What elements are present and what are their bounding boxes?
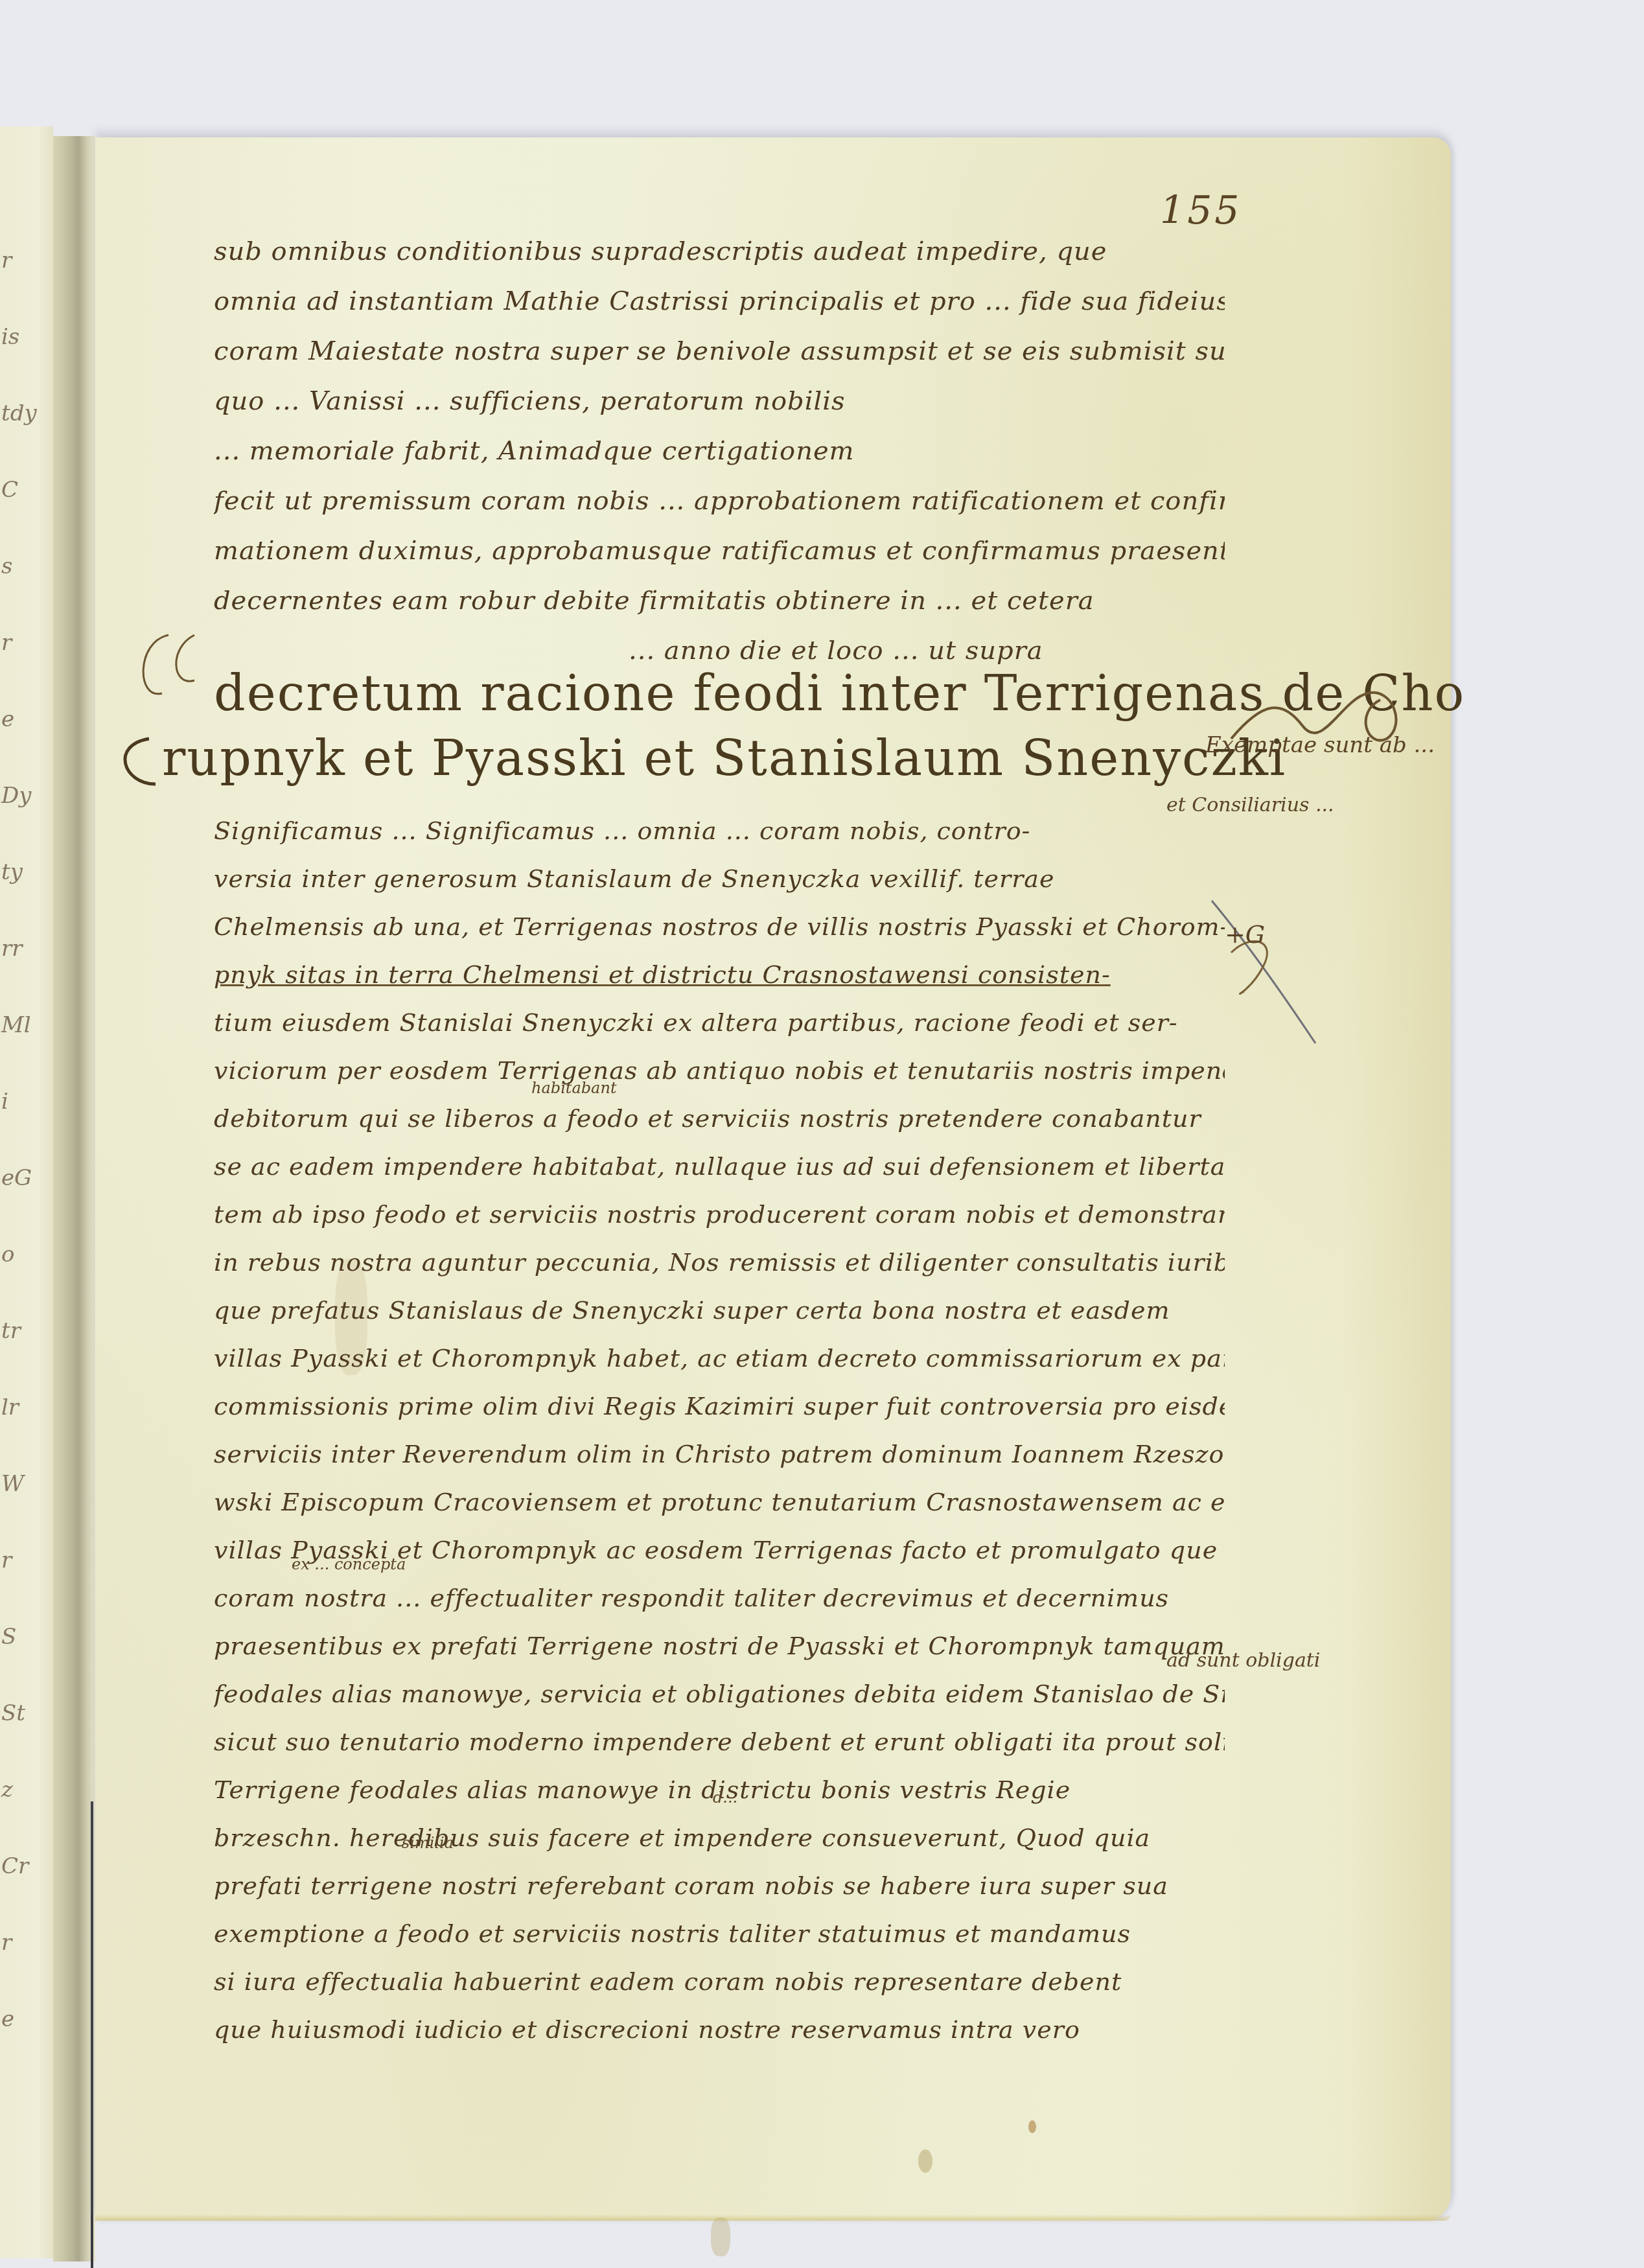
text-line: feodales alias manowye, servicia et obli… (214, 1670, 1225, 1718)
interlinear-insertion: similia (402, 1834, 454, 1852)
left-page-text-fragment: r (1, 632, 40, 654)
text-line: commissionis prime olim divi Regis Kazim… (214, 1382, 1225, 1430)
left-page-text-fragment: S (1, 1626, 40, 1648)
left-page-text-fragment: i (1, 1091, 40, 1113)
left-page-text-fragment: e (1, 708, 40, 730)
text-line: mationem duximus, approbamusque ratifica… (214, 526, 1225, 576)
cross-mark-icon (1205, 894, 1335, 1056)
ink-stain (918, 2149, 932, 2173)
text-line: sicut suo tenutario moderno impendere de… (214, 1718, 1225, 1766)
ink-stain (1028, 2120, 1036, 2133)
text-line: coram nostra ... effectualiter respondit… (214, 1574, 1225, 1622)
text-line: tium eiusdem Stanislai Snenyczki ex alte… (214, 999, 1225, 1047)
text-line: si iura effectualia habuerint eadem cora… (214, 1958, 1225, 2006)
gutter-shadow-line (91, 1801, 93, 2268)
margin-note-cross: +G (1225, 920, 1265, 949)
heading-line: rupnyk et Pyasski et Stanislaum Snenyczk… (162, 726, 1225, 791)
text-line: que prefatus Stanislaus de Snenyczki sup… (214, 1286, 1225, 1334)
text-line: tem ab ipso feodo et serviciis nostris p… (214, 1190, 1225, 1238)
left-page-text-fragment: z (1, 1779, 40, 1801)
left-page-text-fragment: St (1, 1702, 40, 1724)
opening-text-block: sub omnibus conditionibus supradescripti… (214, 227, 1225, 676)
text-line: in rebus nostra aguntur peccunia, Nos re… (214, 1238, 1225, 1286)
main-text-block: Significamus ... Significamus ... omnia … (214, 807, 1225, 2054)
text-line: villas Pyasski et Chorompnyk habet, ac e… (214, 1334, 1225, 1382)
left-page-text-fragment: r (1, 249, 40, 272)
margin-note-obligation: ad sunt obligati (1166, 1649, 1320, 1672)
left-page-text-fragment: tr (1, 1320, 40, 1342)
heading-line: decretum racione feodi inter Terrigenas … (214, 661, 1225, 726)
text-line: serviciis inter Reverendum olim in Chris… (214, 1430, 1225, 1478)
text-line: se ac eadem impendere habitabat, nullaqu… (214, 1142, 1225, 1190)
text-line: omnia ad instantiam Mathie Castrissi pri… (214, 277, 1225, 327)
text-line: sub omnibus conditionibus supradescripti… (214, 227, 1225, 277)
left-page-text-fragment: rr (1, 938, 40, 960)
text-line: exemptione a feodo et serviciis nostris … (214, 1910, 1225, 1958)
left-page-text-fragment: r (1, 1549, 40, 1571)
interlinear-insertion: habitabant (531, 1079, 617, 1097)
text-line: brzeschn. heredibus suis facere et impen… (214, 1814, 1225, 1862)
interlinear-insertion: d... (713, 1788, 737, 1807)
text-line: pnyk sitas in terra Chelmensi et distric… (214, 951, 1225, 999)
text-line: praesentibus ex prefati Terrigene nostri… (214, 1622, 1225, 1670)
left-page-text-fragment: tdy (1, 402, 40, 424)
interlinear-insertion: ex ... concepta (292, 1555, 406, 1573)
margin-note-heading: Exemptae sunt ab ... (1205, 732, 1435, 758)
binding-gutter (53, 136, 95, 2262)
left-facing-page: ristdyCsreDytyrrMlieGotrlrWrSStzCrre (0, 126, 53, 2258)
text-line: prefati terrigene nostri referebant cora… (214, 1862, 1225, 1910)
left-page-text-fragment: e (1, 2008, 40, 2030)
left-page-text-fragment: Dy (1, 785, 40, 807)
left-page-text-fragment: s (1, 555, 40, 577)
left-page-text-fragment: lr (1, 1396, 40, 1418)
left-page-text-fragment: Cr (1, 1855, 40, 1877)
left-page-text-fragment: Ml (1, 1014, 40, 1036)
text-line: coram Maiestate nostra super se benivole… (214, 327, 1225, 376)
text-line: Chelmensis ab una, et Terrigenas nostros… (214, 903, 1225, 951)
text-line: fecit ut premissum coram nobis ... appro… (214, 476, 1225, 526)
section-heading: decretum racione feodi inter Terrigenas … (214, 661, 1225, 791)
text-line: Significamus ... Significamus ... omnia … (214, 807, 1225, 855)
water-stain (711, 2217, 730, 2256)
text-line: debitorum qui se liberos a feodo et serv… (214, 1094, 1225, 1142)
text-line: wski Episcopum Cracoviensem et protunc t… (214, 1478, 1225, 1526)
left-page-text-fragment: W (1, 1473, 40, 1495)
left-page-text-fragment: o (1, 1244, 40, 1266)
text-line: que huiusmodi iudicio et discrecioni nos… (214, 2006, 1225, 2054)
text-line: ... memoriale fabrit, Animadque certigat… (214, 426, 1225, 476)
left-page-text-fragment: eG (1, 1167, 40, 1189)
text-line: versia inter generosum Stanislaum de Sne… (214, 855, 1225, 903)
left-page-text-fragment: r (1, 1932, 40, 1954)
text-line: quo ... Vanissi ... sufficiens, peratoru… (214, 376, 1225, 426)
left-page-text-fragment: C (1, 479, 40, 501)
left-page-text-fragment: ty (1, 861, 40, 883)
text-line: viciorum per eosdem Terrigenas ab antiqu… (214, 1047, 1225, 1094)
text-line: decernentes eam robur debite firmitatis … (214, 576, 1225, 626)
left-page-text-fragment: is (1, 326, 40, 348)
